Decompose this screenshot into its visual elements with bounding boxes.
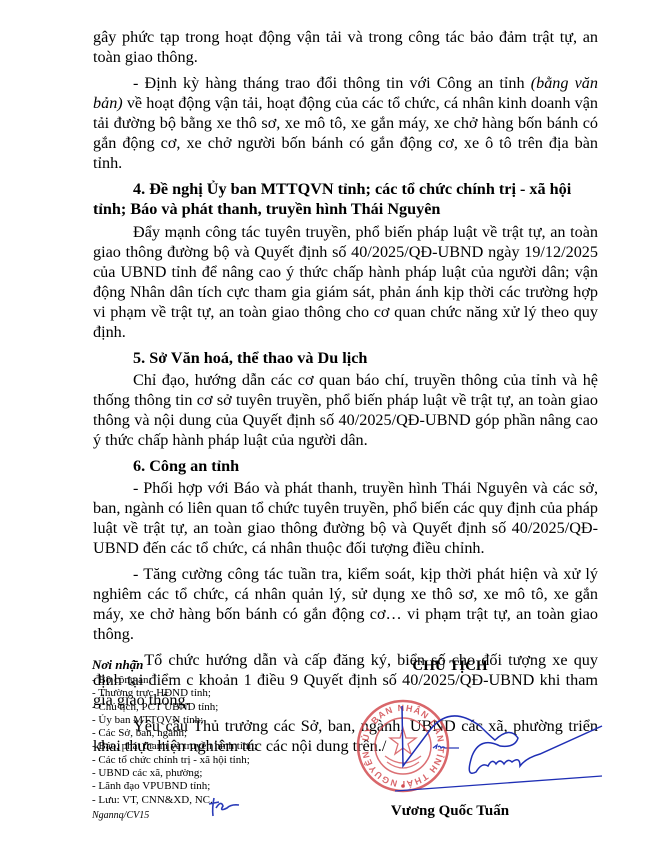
recipient-item: - Báo, phát thanh và truyền hình tỉnh; (92, 740, 342, 753)
heading-section-6: 6. Công an tỉnh (93, 456, 598, 476)
paragraph-section-4: Đẩy mạnh công tác tuyên truyền, phổ biến… (93, 222, 598, 342)
paragraph-transport-complexity: gây phức tạp trong hoạt động vận tải và … (93, 27, 598, 67)
initials-signature-icon (205, 796, 241, 823)
signer-name: Vương Quốc Tuấn (340, 803, 560, 820)
document-body: gây phức tạp trong hoạt động vận tải và … (93, 27, 598, 763)
paragraph-section-6a: - Phối hợp với Báo và phát thanh, truyền… (93, 478, 598, 558)
paragraph-section-5: Chỉ đạo, hướng dẫn các cơ quan báo chí, … (93, 370, 598, 450)
heading-section-5: 5. Sở Văn hoá, thể thao và Du lịch (93, 348, 598, 368)
heading-section-4: 4. Đề nghị Ủy ban MTTQVN tỉnh; các tổ ch… (93, 179, 598, 219)
document-footer: Nơi nhận - Bộ công an; - Thường trực HĐN… (0, 656, 653, 856)
paragraph-monthly-exchange: - Định kỳ hàng tháng trao đổi thông tin … (93, 73, 598, 173)
recipient-item: - Bộ công an; (92, 674, 342, 687)
signer-role: CHỦ TỊCH (340, 658, 560, 675)
recipient-item: - UBND các xã, phường; (92, 767, 342, 780)
recipient-item: - Các Sở, ban, ngành; (92, 727, 342, 740)
handwritten-signature-icon (340, 686, 605, 811)
signer-block: CHỦ TỊCH ỦY BAN NHÂN DÂN TỈNH THÁI NGUYÊ… (340, 656, 600, 856)
recipient-item: - Các tổ chức chính trị - xã hội tỉnh; (92, 754, 342, 767)
recipient-item: - Chủ tịch, PCT UBND tỉnh; (92, 701, 342, 714)
recipient-item: - Thường trực HĐND tỉnh; (92, 687, 342, 700)
paragraph-section-6b: - Tăng cường công tác tuần tra, kiểm soá… (93, 564, 598, 644)
recipient-item: - Ủy ban MTTQVN tỉnh; (92, 714, 342, 727)
recipients-title: Nơi nhận (92, 656, 342, 673)
recipient-item: - Lãnh đạo VPUBND tỉnh; (92, 780, 342, 793)
